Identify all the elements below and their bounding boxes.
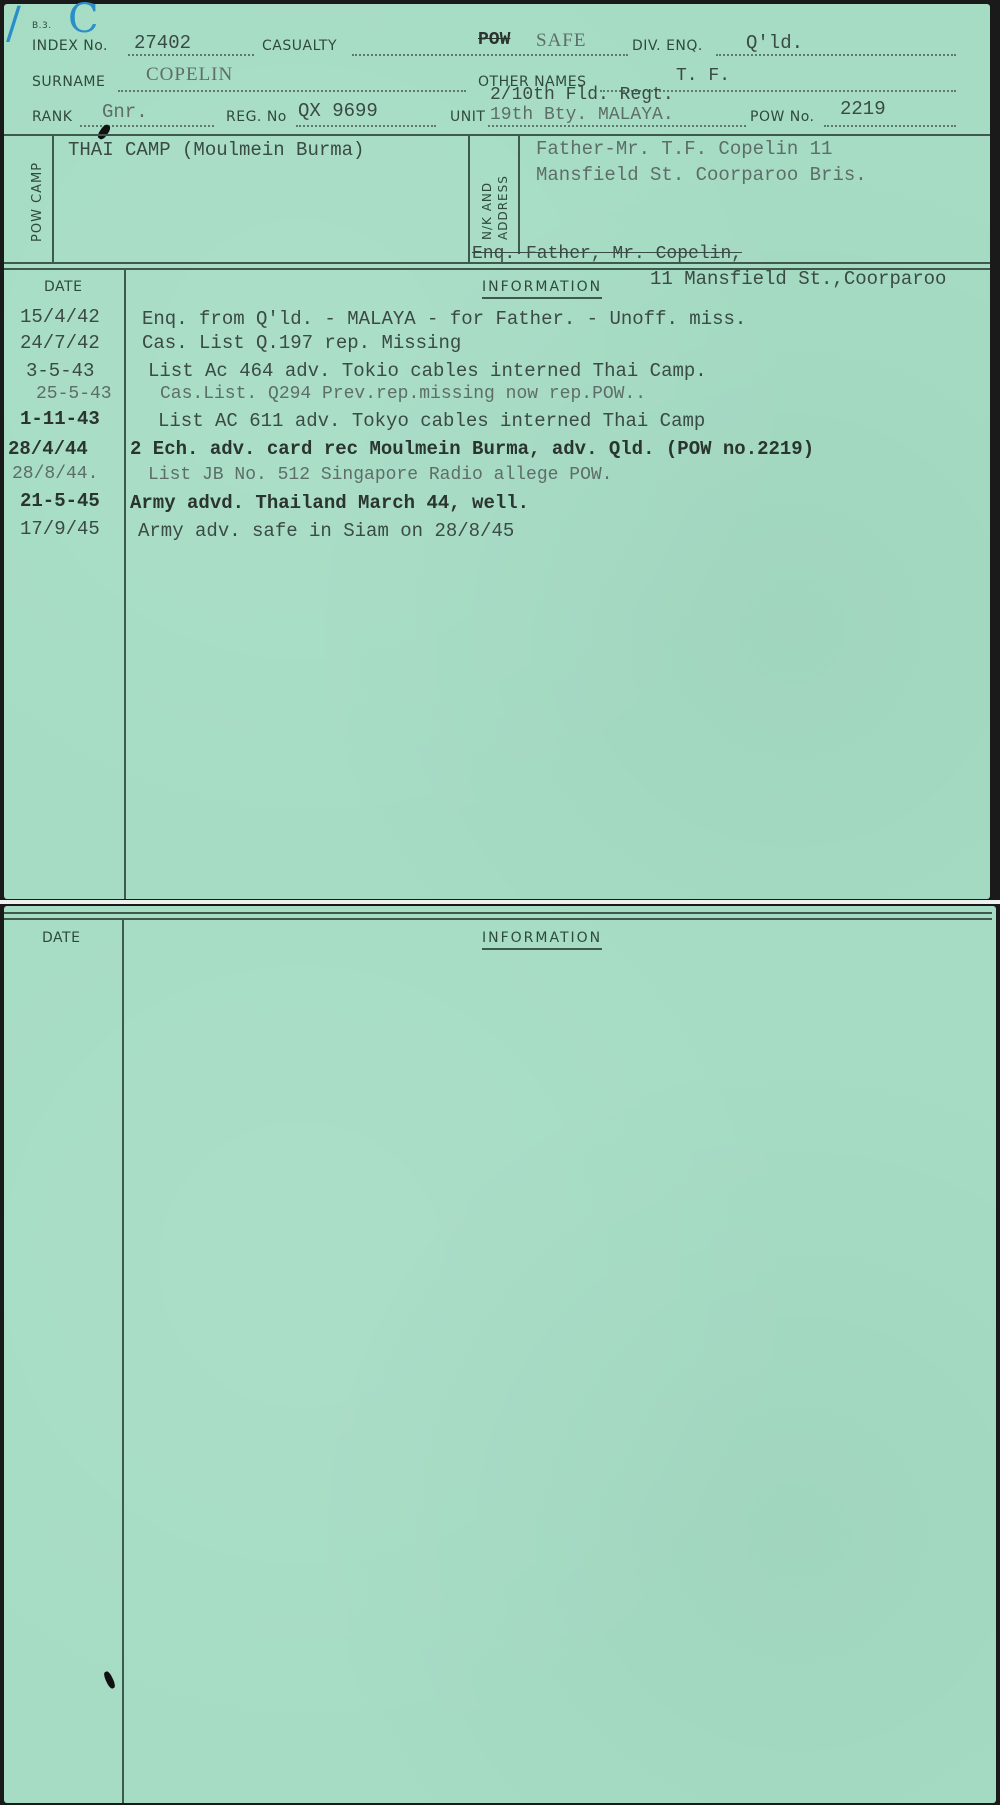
casualty-struck-value: POW	[478, 30, 510, 50]
handwritten-slash-mark: /	[6, 0, 21, 49]
entry-info: Cas. List Q.197 rep. Missing	[142, 332, 461, 354]
camp-box-top-border	[4, 134, 990, 136]
back-information-column-header: INFORMATION	[482, 930, 602, 950]
rank-value: Gnr.	[102, 101, 148, 123]
entry-info: Enq. from Q'ld. - MALAYA - for Father. -…	[142, 308, 746, 330]
entry-info: List AC 611 adv. Tokyo cables interned T…	[158, 410, 705, 432]
index-no-value: 27402	[134, 32, 191, 54]
form-code: B.3.	[32, 21, 52, 31]
record-card-front: / C B.3. INDEX No. 27402 CASUALTY POW SA…	[4, 4, 990, 899]
entry-date: 28/8/44.	[12, 464, 98, 484]
entry-date: 25-5-43	[36, 384, 112, 404]
date-column-header: DATE	[44, 279, 82, 295]
reg-no-label: REG. No	[226, 109, 287, 125]
entry-date: 1-11-43	[20, 408, 100, 430]
entry-info: Cas.List. Q294 Prev.rep.missing now rep.…	[160, 384, 646, 404]
header-double-rule-top	[4, 262, 990, 264]
div-enq-value: Q'ld.	[746, 32, 803, 54]
unit-label: UNIT	[450, 109, 485, 125]
nok-label-divider	[518, 134, 520, 254]
nok-address-line3: 11 Mansfield St.,Coorparoo	[650, 268, 946, 290]
card-separator	[0, 900, 1000, 904]
reg-no-value: QX 9699	[298, 100, 378, 122]
unit-dots	[488, 125, 746, 127]
back-double-rule-top	[4, 912, 992, 914]
index-no-dots	[128, 54, 254, 56]
record-card-back: DATE INFORMATION	[4, 906, 996, 1803]
reg-no-dots	[296, 125, 436, 127]
surname-value: COPELIN	[146, 64, 233, 86]
nok-address-line2: Mansfield St. Coorparoo Bris.	[536, 164, 867, 186]
entry-date: 3-5-43	[26, 360, 94, 382]
nok-label-line2: ADDRESS	[496, 175, 510, 240]
unit-value-line2: 19th Bty. MALAYA.	[490, 105, 674, 125]
entry-info: Army adv. safe in Siam on 28/8/45	[138, 520, 514, 542]
handwritten-c-mark: C	[68, 0, 99, 42]
entry-date: 24/7/42	[20, 332, 100, 354]
rank-label: RANK	[32, 109, 72, 125]
nok-box-left-border	[468, 134, 470, 262]
casualty-label: CASUALTY	[262, 38, 337, 54]
nok-struck-line: Enq. Father, Mr. Copelin,	[472, 244, 742, 264]
pow-no-dots	[824, 125, 956, 127]
entry-date: 28/4/44	[8, 438, 88, 460]
date-column-divider	[124, 268, 126, 899]
entry-info: Army advd. Thailand March 44, well.	[130, 492, 529, 514]
entry-date: 21-5-45	[20, 490, 100, 512]
unit-value-line1: 2/10th Fld. Regt.	[490, 85, 674, 105]
entry-date: 15/4/42	[20, 306, 100, 328]
entry-info: 2 Ech. adv. card rec Moulmein Burma, adv…	[130, 438, 814, 460]
pow-camp-label: POW CAMP	[30, 162, 45, 242]
surname-dots	[118, 90, 466, 92]
information-column-header: INFORMATION	[482, 279, 602, 299]
entry-info: List JB No. 512 Singapore Radio allege P…	[148, 465, 612, 485]
back-double-rule-bottom	[4, 918, 992, 920]
ink-blot	[103, 1670, 117, 1689]
back-date-column-header: DATE	[42, 930, 80, 946]
pow-camp-value: THAI CAMP (Moulmein Burma)	[68, 139, 364, 161]
pow-no-label: POW No.	[750, 109, 815, 125]
camp-label-divider	[52, 134, 54, 262]
entry-info: List Ac 464 adv. Tokio cables interned T…	[148, 360, 707, 382]
back-date-column-divider	[122, 918, 124, 1803]
casualty-dots	[352, 54, 628, 56]
casualty-value: SAFE	[536, 30, 586, 52]
entry-date: 17/9/45	[20, 518, 100, 540]
index-no-label: INDEX No.	[32, 38, 108, 54]
pow-no-value: 2219	[840, 98, 886, 120]
rank-dots	[80, 125, 214, 127]
nok-address-line1: Father-Mr. T.F. Copelin 11	[536, 138, 832, 160]
other-names-value: T. F.	[676, 66, 730, 86]
nok-label-line1: N/K AND	[480, 182, 494, 240]
div-enq-label: DIV. ENQ.	[632, 38, 703, 54]
surname-label: SURNAME	[32, 74, 105, 90]
div-enq-dots	[716, 54, 956, 56]
